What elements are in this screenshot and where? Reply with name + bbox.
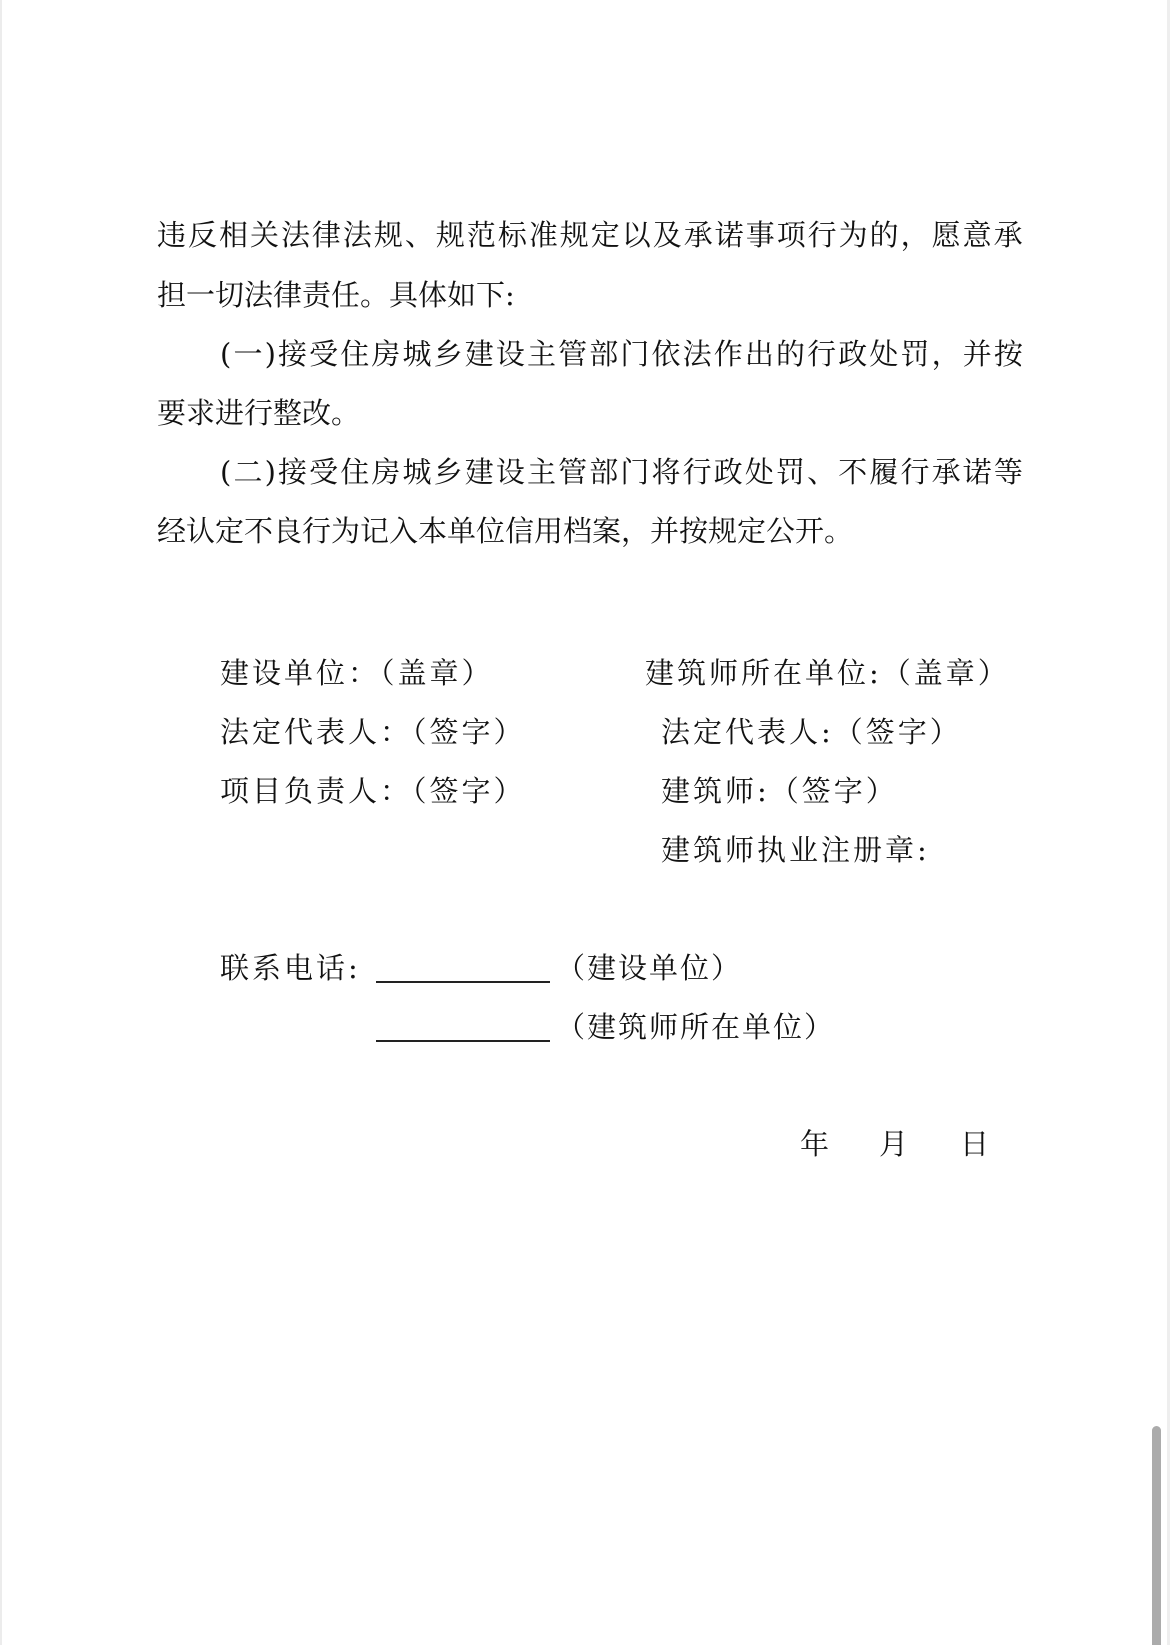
glyph: ) [265,337,276,371]
glyph: 为 [839,218,868,252]
sig-architect-registration-seal: 建筑师执业注册章: [661,833,930,867]
glyph: 管 [558,455,587,489]
justified-line: (二)接受住房城乡建设主管部门将行政处罚、不履行承诺等 [220,455,1023,489]
glyph: 不 [838,455,867,489]
sig-architect-legal-representative: 法定代表人:（签字） [661,715,962,749]
glyph: 部 [589,337,618,371]
glyph: 建 [465,337,494,371]
document-page: 违反相关法律法规、规范标准规定以及承诺事项行为的，愿意承 担一切法律责任。具体如… [0,0,1170,1645]
glyph: 的 [870,218,899,252]
glyph: 及 [653,218,682,252]
glyph: 主 [527,455,556,489]
glyph: 准 [529,218,558,252]
glyph: 违 [157,218,186,252]
glyph: 律 [312,218,341,252]
glyph: 罚 [901,337,930,371]
glyph: 门 [620,337,649,371]
sig-legal-representative: 法定代表人：（签字） [220,715,526,749]
glyph: 将 [652,455,681,489]
glyph: 标 [498,218,527,252]
glyph: 定 [591,218,620,252]
glyph: 法 [281,218,310,252]
glyph: 行 [808,218,837,252]
glyph: ， [901,218,930,252]
contact-phone-blank-2 [376,1040,550,1042]
paragraph-2-line-2: 要求进行整改。 [157,396,360,430]
glyph: 设 [496,455,525,489]
glyph: 项 [777,218,806,252]
glyph: 作 [714,337,743,371]
glyph: 承 [994,218,1023,252]
glyph: ) [265,455,276,489]
glyph: 法 [683,337,712,371]
glyph: 的 [776,337,805,371]
glyph: 规 [436,218,465,252]
glyph: 诺 [715,218,744,252]
glyph: 等 [994,455,1023,489]
glyph: 并 [963,337,992,371]
glyph: 部 [589,455,618,489]
glyph: 范 [467,218,496,252]
glyph: 诺 [963,455,992,489]
glyph: 受 [309,337,338,371]
date-year: 年 [800,1127,832,1161]
glyph: 政 [838,337,867,371]
glyph: 事 [746,218,775,252]
glyph: ( [220,455,231,489]
glyph: 愿 [932,218,961,252]
glyph: 相 [219,218,248,252]
glyph: 行 [807,337,836,371]
glyph: 、 [405,218,434,252]
glyph: 法 [343,218,372,252]
glyph: 住 [340,337,369,371]
glyph: 罚 [776,455,805,489]
glyph: 规 [374,218,403,252]
glyph: 管 [558,337,587,371]
glyph: 意 [963,218,992,252]
glyph: 处 [745,455,774,489]
paragraph-3-line-1: (二)接受住房城乡建设主管部门将行政处罚、不履行承诺等 [220,455,1023,489]
sig-architect: 建筑师:（签字） [661,774,898,808]
contact-suffix-construction-unit: （建设单位） [556,951,742,985]
glyph: 建 [465,455,494,489]
glyph: 房 [371,337,400,371]
glyph: 承 [932,455,961,489]
glyph: 城 [403,337,432,371]
glyph: 住 [340,455,369,489]
date-day: 日 [960,1127,992,1161]
glyph: 履 [869,455,898,489]
glyph: 关 [250,218,279,252]
contact-suffix-architect-unit: （建筑师所在单位） [556,1010,835,1044]
glyph: ， [932,337,961,371]
glyph: 反 [188,218,217,252]
glyph: 门 [620,455,649,489]
glyph: 规 [560,218,589,252]
glyph: 依 [652,337,681,371]
glyph: 处 [869,337,898,371]
glyph: 以 [622,218,651,252]
glyph: 设 [496,337,525,371]
glyph: ( [220,337,231,371]
glyph: 主 [527,337,556,371]
glyph: 承 [684,218,713,252]
glyph: 受 [309,455,338,489]
justified-line: 违反相关法律法规、规范标准规定以及承诺事项行为的，愿意承 [157,218,1023,252]
sig-architect-unit-seal: 建筑师所在单位:（盖章） [645,656,1010,690]
glyph: 乡 [434,455,463,489]
glyph: 乡 [434,337,463,371]
date-month: 月 [879,1127,911,1161]
paragraph-2-line-1: (一)接受住房城乡建设主管部门依法作出的行政处罚，并按 [220,337,1023,371]
glyph: 城 [403,455,432,489]
glyph: 按 [994,337,1023,371]
glyph: 行 [901,455,930,489]
glyph: 政 [714,455,743,489]
paragraph-1-line-1: 违反相关法律法规、规范标准规定以及承诺事项行为的，愿意承 [157,218,1023,252]
glyph: 接 [278,337,307,371]
glyph: 出 [745,337,774,371]
contact-phone-blank-1 [376,981,550,983]
glyph: 、 [807,455,836,489]
glyph: 接 [278,455,307,489]
paragraph-3-line-2: 经认定不良行为记入本单位信用档案，并按规定公开。 [157,514,853,548]
contact-phone-label: 联系电话: [220,951,361,985]
sig-construction-unit-seal: 建设单位：（盖章） [220,656,494,690]
glyph: 一 [233,337,262,371]
glyph: 二 [233,455,262,489]
paragraph-1-line-2: 担一切法律责任。具体如下: [157,278,515,312]
glyph: 行 [683,455,712,489]
justified-line: (一)接受住房城乡建设主管部门依法作出的行政处罚，并按 [220,337,1023,371]
glyph: 房 [371,455,400,489]
sig-project-leader: 项目负责人：（签字） [220,774,526,808]
